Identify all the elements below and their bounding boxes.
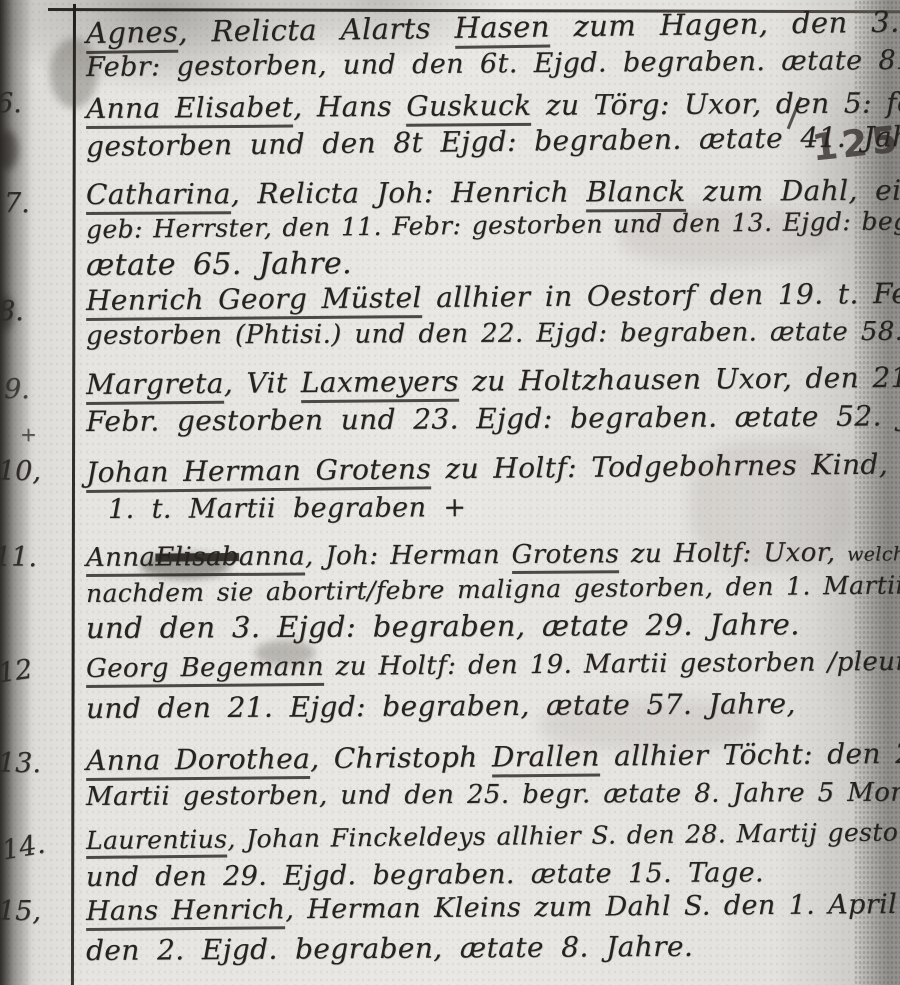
entry-line: 1. t. Martii begraben + (108, 492, 466, 525)
surname: Blanck (586, 175, 686, 213)
ruled-line-margin (71, 4, 76, 985)
entry-number: 13. (0, 748, 41, 779)
entry-line: Henrich Georg Müstel allhier in Oestorf … (86, 276, 900, 317)
entry-line: AnnaElisabanna, Joh: Herman Grotens zu H… (86, 537, 900, 573)
entry-line: und den 21. Ejgd: begraben, ætate 57. Ja… (86, 687, 796, 725)
deceased-name: Henrich Georg Müstel (86, 281, 422, 321)
deceased-name: Laurentius (86, 825, 228, 859)
deceased-name: Anna Dorothea (86, 742, 311, 781)
entry-line: Martii gestorben, und den 25. begr. ætat… (86, 778, 900, 812)
surname: Drallen (492, 740, 600, 778)
entry-line: Anna Dorothea, Christoph Drallen allhier… (86, 736, 900, 777)
margin-cross-mark: + (20, 422, 37, 446)
entry-line: Anna Elisabet, Hans Guskuck zu Törg: Uxo… (86, 86, 900, 125)
entry-number: 6. (0, 88, 22, 119)
entry-line: und den 3. Ejgd: begraben, ætate 29. Jah… (86, 607, 800, 645)
surname: Laxmeyers (301, 365, 459, 403)
entry-line: Catharina, Relicta Joh: Henrich Blanck z… (86, 174, 900, 211)
entry-line: Georg Begemann zu Holtf: den 19. Martii … (86, 646, 900, 684)
entry-line: ætate 65. Jahre. (86, 246, 352, 283)
entry-number: 15, (0, 896, 41, 927)
entry-number: 9. (4, 374, 30, 405)
deceased-name: Hans Henrich (86, 894, 286, 931)
ink-smudge (0, 130, 18, 170)
surname: Grotens (511, 539, 619, 574)
entry-line: Hans Henrich, Herman Kleins zum Dahl S. … (86, 888, 900, 927)
entry-number: 8. (0, 296, 24, 327)
deceased-name: Catharina (86, 177, 231, 215)
deceased-name: Anna Elisabet (86, 91, 294, 129)
entry-line: Johan Herman Grotens zu Holtf: Todgebohr… (86, 447, 900, 489)
register-page-scan: 125 5 6. 7. 8. 9. + 10, 11. 12 13. 14. 1… (0, 0, 900, 985)
deceased-name: Agnes (86, 15, 179, 54)
deceased-name: Margreta (86, 367, 224, 405)
entry-number: 7. (4, 188, 30, 219)
entry-line: gestorben (Phtisi.) und den 22. Ejgd: be… (86, 316, 900, 351)
interlinear-note: welche, (847, 543, 900, 566)
deceased-name: anna (239, 541, 305, 575)
entry-line: und den 29. Ejgd. begraben. ætate 15. Ta… (86, 857, 764, 893)
deceased-name: Anna (86, 543, 156, 577)
deceased-name: Johan Herman Grotens (86, 452, 432, 493)
entry-line: Febr: gestorben, und den 6t. Ejgd. begra… (86, 44, 900, 83)
entry-number: 10, (0, 456, 41, 487)
entry-number: 14. (0, 829, 47, 867)
surname: Hasen (454, 10, 550, 49)
entry-line: Margreta, Vit Laxmeyers zu Holtzhausen U… (86, 360, 900, 401)
entry-number: 11. (0, 542, 37, 573)
entry-number: 12 (0, 654, 34, 689)
entry-line: Febr. gestorben und 23. Ejgd: begraben. … (86, 399, 900, 438)
entry-line: Laurentius, Johan Finckeldeys allhier S.… (86, 817, 900, 855)
entry-number-clipped: 5 (0, 0, 1, 31)
entry-line: den 2. Ejgd. begraben, ætate 8. Jahre. (86, 930, 693, 967)
crossed-out-name: Elisab (155, 542, 239, 577)
surname: Guskuck (406, 89, 531, 127)
deceased-name: Georg Begemann (86, 652, 324, 688)
